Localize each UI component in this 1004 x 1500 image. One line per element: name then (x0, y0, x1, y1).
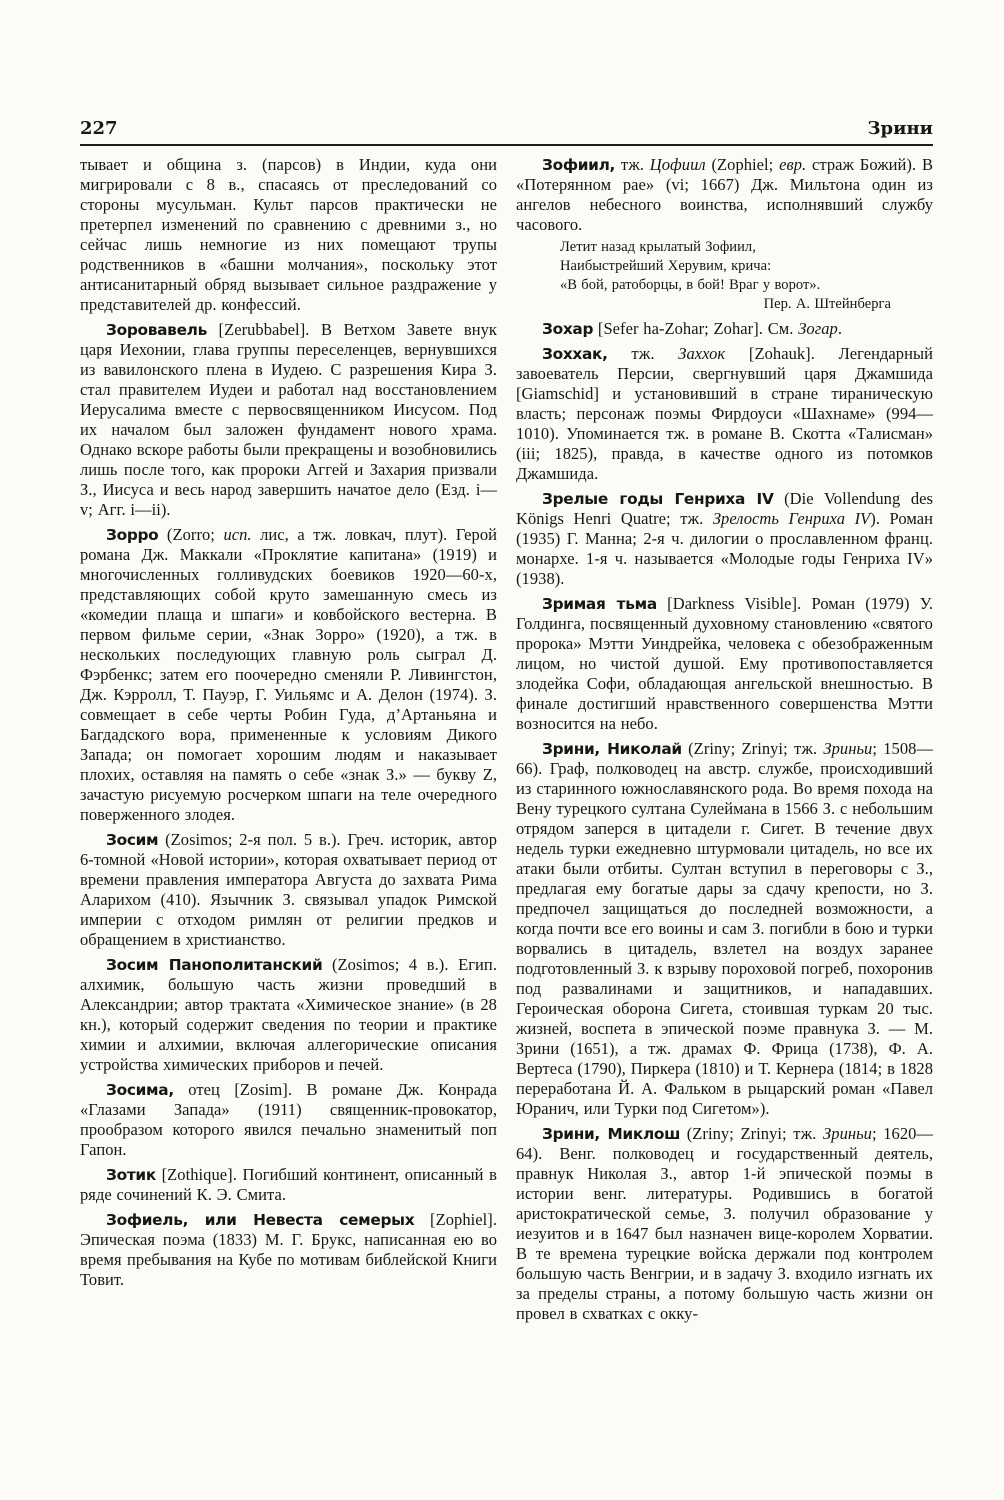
entry-text: ; 1508—66). Граф, полководец на австр. с… (516, 739, 933, 1118)
entry-text: [Zerubbabel]. В Ветхом Завете внук царя … (80, 320, 497, 519)
entry-zohhak: Зоххак, тж. Заххок [Zohauk]. Легендарный… (516, 344, 933, 484)
entry-text: (Zriny; Zrinyi; тж. (682, 739, 824, 758)
verse-credit: Пер. А. Штейнберга (560, 295, 933, 314)
entry-zohar-headword: Зохар (542, 320, 593, 338)
entry-text: . (838, 319, 842, 338)
page-number: 227 (80, 118, 118, 139)
entry-text: исп. (223, 525, 251, 544)
entry-text: лис, а тж. ловкач, плут). Герой романа Д… (80, 525, 497, 824)
entry-zrimaya-tma-headword: Зримая тьма (542, 595, 657, 613)
entry-text: Зриньи (823, 739, 872, 758)
entry-zofiil-headword: Зофиил, (542, 156, 615, 174)
verse-line: Наибыстрейший Херувим, крича: (560, 257, 933, 276)
entry-zosima: Зосима, отец [Zosim]. В романе Дж. Конра… (80, 1080, 497, 1160)
entry-zrelye-gody-genriha-iv: Зрелые годы Генриха IV (Die Vollendung d… (516, 489, 933, 589)
entry-text: тывает и община з. (парсов) в Индии, куд… (80, 155, 497, 314)
entry-text: [Zohauk]. Легендарный завоеватель Персии… (516, 344, 933, 483)
entry-zosim: Зосим (Zosimos; 2-я пол. 5 в.). Греч. ис… (80, 830, 497, 950)
entry-zrini-nikolay-headword: Зрини, Николай (542, 740, 682, 758)
entry-zrimaya-tma: Зримая тьма [Darkness Visible]. Роман (1… (516, 594, 933, 734)
right-column: Зофиил, тж. Цофиил (Zophiel; евр. страж … (516, 155, 933, 1324)
running-head-keyword: Зрини (868, 118, 933, 139)
entry-zosima-headword: Зосима, (106, 1081, 174, 1099)
entry-zofiel-bride-headword: Зофиель, или Невеста семерых (106, 1211, 414, 1229)
verse-line: Летит назад крылатый Зофиил, (560, 238, 933, 257)
entry-zotik: Зотик [Zothique]. Погибший континент, оп… (80, 1165, 497, 1205)
entry-zrini-miklosh: Зрини, Миклош (Zriny; Zrinyi; тж. Зриньи… (516, 1124, 933, 1324)
entry-zotik-headword: Зотик (106, 1166, 156, 1184)
page-content: 227 Зрини тывает и община з. (парсов) в … (80, 118, 933, 1324)
entry-text: Цофиил (650, 155, 706, 174)
entry-zosim-headword: Зосим (106, 831, 158, 849)
entry-zosim-panopolitansky: Зосим Панополитанский (Zosimos; 4 в.). Е… (80, 955, 497, 1075)
entry-zofiel-bride: Зофиель, или Невеста семерых [Zophiel]. … (80, 1210, 497, 1290)
entry-text: (Zriny; Zrinyi; тж. (680, 1124, 823, 1143)
entry-text: Зогар (798, 319, 838, 338)
left-column: тывает и община з. (парсов) в Индии, куд… (80, 155, 497, 1324)
entry-text: евр. (779, 155, 806, 174)
running-header: 227 Зрини (80, 118, 933, 146)
verse-line: «В бой, ратоборцы, в бой! Враг у ворот». (560, 276, 933, 295)
entry-text: Зрелость Генриха IV (713, 509, 870, 528)
entry-zofiil: Зофиил, тж. Цофиил (Zophiel; евр. страж … (516, 155, 933, 235)
entry-text: (Zophiel; (706, 155, 779, 174)
entry-zorro: Зорро (Zorro; исп. лис, а тж. ловкач, пл… (80, 525, 497, 825)
entry-text: [Darkness Visible]. Роман (1979) У. Голд… (516, 594, 933, 733)
entry-text: тж. (615, 155, 650, 174)
entry-zrini-miklosh-headword: Зрини, Миклош (542, 1125, 680, 1143)
entry-zrini-nikolay: Зрини, Николай (Zriny; Zrinyi; тж. Зринь… (516, 739, 933, 1119)
entry-text: ; 1620—64). Венг. полководец и государст… (516, 1124, 933, 1323)
entry-zosim-panopolitansky-headword: Зосим Панополитанский (106, 956, 322, 974)
entry-continuation-parsis: тывает и община з. (парсов) в Индии, куд… (80, 155, 497, 315)
entry-zohar: Зохар [Sefer ha-Zohar; Zohar]. См. Зогар… (516, 319, 933, 339)
entry-zorovavel: Зоровавель [Zerubbabel]. В Ветхом Завете… (80, 320, 497, 520)
entry-text: тж. (608, 344, 679, 363)
text-columns: тывает и община з. (парсов) в Индии, куд… (80, 155, 933, 1324)
entry-zorro-headword: Зорро (106, 526, 158, 544)
entry-text: Зриньи (823, 1124, 872, 1143)
entry-text: [Sefer ha-Zohar; Zohar]. См. (593, 319, 798, 338)
verse-quote: Летит назад крылатый Зофиил,Наибыстрейши… (560, 238, 933, 314)
dictionary-page: 227 Зрини тывает и община з. (парсов) в … (0, 0, 1004, 1500)
entry-zrelye-gody-genriha-iv-headword: Зрелые годы Генриха IV (542, 490, 774, 508)
entry-text: Заххок (678, 344, 725, 363)
entry-text: (Zorro; (158, 525, 223, 544)
entry-zorovavel-headword: Зоровавель (106, 321, 207, 339)
entry-zohhak-headword: Зоххак, (542, 345, 608, 363)
